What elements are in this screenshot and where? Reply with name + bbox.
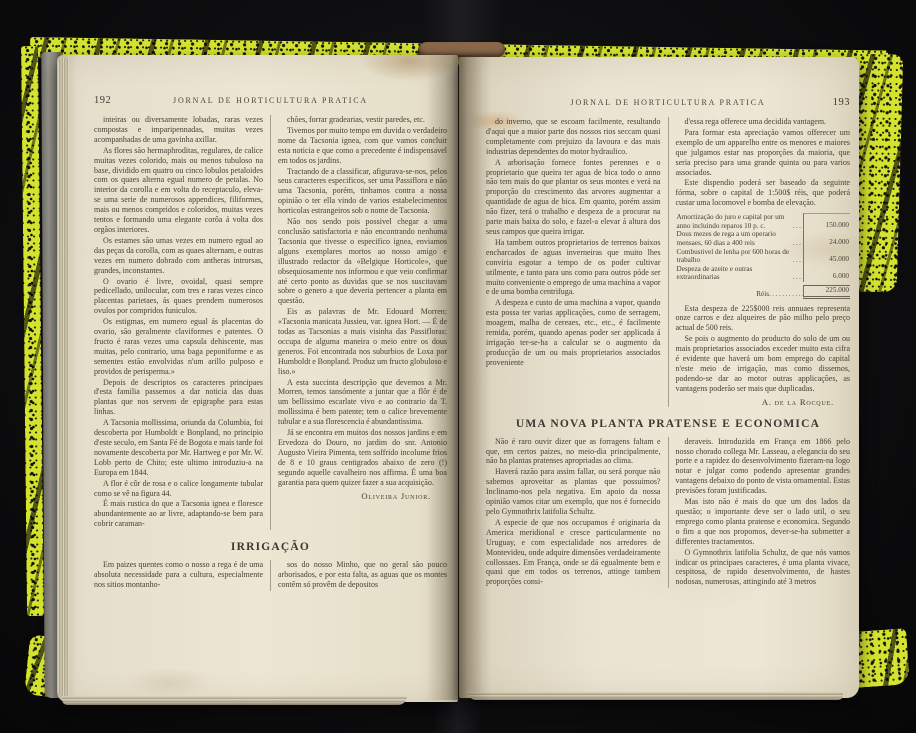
paragraph: A especie de que nos occupamos é origina… [486, 518, 661, 587]
page-number: 192 [94, 95, 128, 106]
page-stack-bottom-right [468, 692, 843, 700]
table-row-label: Combustivel de lenha por 600 horas de tr… [677, 248, 793, 265]
page-stack-left [58, 58, 69, 698]
left-page: 192 JORNAL DE HORTICULTURA PRATICA intei… [57, 55, 458, 702]
table-row-label: Dous mezes de rega a um operario mensaes… [677, 230, 793, 247]
table-row-value: 24.000 [803, 230, 850, 247]
paragraph: A esta succinta descripção que devemos a… [278, 378, 447, 428]
paragraph: Mas isto não é mais do que um dos lados … [676, 497, 851, 547]
table-row-value: 45.000 [803, 248, 850, 265]
signature: Oliveira Junior. [278, 491, 447, 501]
paragraph: A flor é côr de rosa e o calice longamen… [94, 479, 263, 499]
paragraph: Os estigmas, em numero egual ás placenta… [94, 317, 263, 376]
table-total-label: Réis [756, 290, 769, 299]
leader-dots [793, 273, 804, 282]
paragraph: O ovario é livre, ovoidal, quasi sempre … [94, 277, 263, 317]
paragraph: Para formar esta apreciação vamos offere… [676, 128, 851, 178]
table-row-value: 150.000 [803, 213, 850, 230]
table-row-value: 6.000 [803, 265, 850, 282]
book-spine-bottom [436, 697, 480, 733]
paragraph: Tivemos por muito tempo em duvida o verd… [278, 126, 447, 166]
left-page-header: 192 JORNAL DE HORTICULTURA PRATICA [94, 95, 447, 106]
paragraph: As flores são hermaphroditas, regulares,… [94, 146, 263, 235]
article-irrigacao: Em paizes quentes como o nosso a rega é … [94, 560, 447, 591]
text-column: do inverno, que se escoam facilmente, re… [486, 117, 668, 407]
paragraph: Não é raro ouvir dizer que as forragens … [486, 437, 661, 467]
paragraph: A Tacsonia mollissima, oriunda da Columb… [94, 418, 263, 477]
paragraph: inteiras ou diversamente lobadas, raras … [94, 115, 263, 145]
paragraph: Se pois o augmento do producto do solo d… [676, 334, 851, 393]
paragraph: Já se encontra em muitos dos nossos jard… [278, 428, 447, 487]
paragraph: A arborisação fornece fontes perennes e … [486, 158, 661, 237]
paragraph: Não nos sendo pois possivel chegar a uma… [278, 217, 447, 306]
text-column: Em paizes quentes como o nosso a rega é … [94, 560, 270, 591]
table-row: Amortização do juro e capital por um ann… [677, 213, 851, 230]
paragraph: chões, forrar gradearias, vestir paredes… [278, 115, 447, 125]
paragraph: O Gymnothrix latifolia Schultz, de que n… [676, 548, 851, 588]
table-row: Combustivel de lenha por 600 horas de tr… [677, 248, 851, 265]
article-irrigacao-continued: do inverno, que se escoam facilmente, re… [486, 117, 850, 407]
right-page-header: JORNAL DE HORTICULTURA PRATICA 193 [486, 97, 850, 108]
text-column: deraveis. Introduzida em França em 1866 … [668, 437, 851, 589]
leader-dots [793, 256, 804, 265]
article-tacsonia: inteiras ou diversamente lobadas, raras … [94, 115, 447, 530]
text-column: d'essa rega offerece uma decidida vantag… [668, 117, 851, 407]
leader-dots [793, 239, 804, 248]
page-stack-bottom-left [62, 696, 407, 705]
table-row: Despeza de azeite e outras extraordinari… [677, 265, 851, 282]
text-column: sos do nosso Minho, que no geral são pou… [270, 560, 447, 591]
signature: A. de la Rocque. [676, 397, 851, 407]
paragraph: A despeza e custo de uma machina a vapor… [486, 298, 661, 367]
paragraph: deraveis. Introduzida em França em 1866 … [676, 437, 851, 496]
paragraph: Haverá razão para assim fallar, ou será … [486, 467, 661, 517]
paragraph: Tractando de a classificar, afigurava-se… [278, 167, 447, 217]
paragraph: Este dispendio poderá ser baseado da seg… [676, 178, 851, 208]
paragraph: do inverno, que se escoam facilmente, re… [486, 117, 661, 157]
article-heading: IRRIGAÇÃO [94, 541, 447, 553]
cost-table: Amortização do juro e capital por um ann… [677, 213, 851, 298]
paragraph: Os estames são umas vezes em numero egua… [94, 236, 263, 276]
paragraph: Ha tambem outros proprietarios de terren… [486, 238, 661, 297]
paragraph: sos do nosso Minho, que no geral são pou… [278, 560, 447, 590]
paragraph: Eis as palavras de Mr. Edouard Morren: «… [278, 307, 447, 376]
text-column: Não é raro ouvir dizer que as forragens … [486, 437, 668, 589]
right-page-content: JORNAL DE HORTICULTURA PRATICA 193 do in… [486, 97, 850, 676]
article-heading: UMA NOVA PLANTA PRATENSE E ECONOMICA [486, 418, 850, 430]
table-row-label: Amortização do juro e capital por um ann… [677, 213, 793, 230]
left-page-content: 192 JORNAL DE HORTICULTURA PRATICA intei… [94, 95, 447, 680]
leader-dots [793, 222, 804, 231]
text-column: inteiras ou diversamente lobadas, raras … [94, 115, 270, 530]
paragraph: Em paizes quentes como o nosso a rega é … [94, 560, 263, 590]
table-row-label: Despeza de azeite e outras extraordinari… [677, 265, 793, 282]
right-page: JORNAL DE HORTICULTURA PRATICA 193 do in… [459, 57, 859, 698]
article-nova-planta: Não é raro ouvir dizer que as forragens … [486, 437, 850, 589]
table-row: Dous mezes de rega a um operario mensaes… [677, 230, 851, 247]
page-number: 193 [816, 97, 850, 108]
paragraph: É mais rustica do que a Tacsonia ignea e… [94, 499, 263, 529]
leader-dots [769, 290, 803, 299]
journal-title: JORNAL DE HORTICULTURA PRATICA [520, 98, 816, 107]
table-total-value: 225.000 [803, 285, 850, 299]
table-total-row: Réis 225.000 [677, 285, 851, 299]
paragraph: Esta despeza de 225$000 reis annuaes rep… [676, 304, 851, 334]
paragraph: Depois de descriptos os caracteres princ… [94, 378, 263, 418]
paragraph: d'essa rega offerece uma decidida vantag… [676, 117, 851, 127]
journal-title: JORNAL DE HORTICULTURA PRATICA [128, 96, 413, 105]
text-column: chões, forrar gradearias, vestir paredes… [270, 115, 447, 530]
